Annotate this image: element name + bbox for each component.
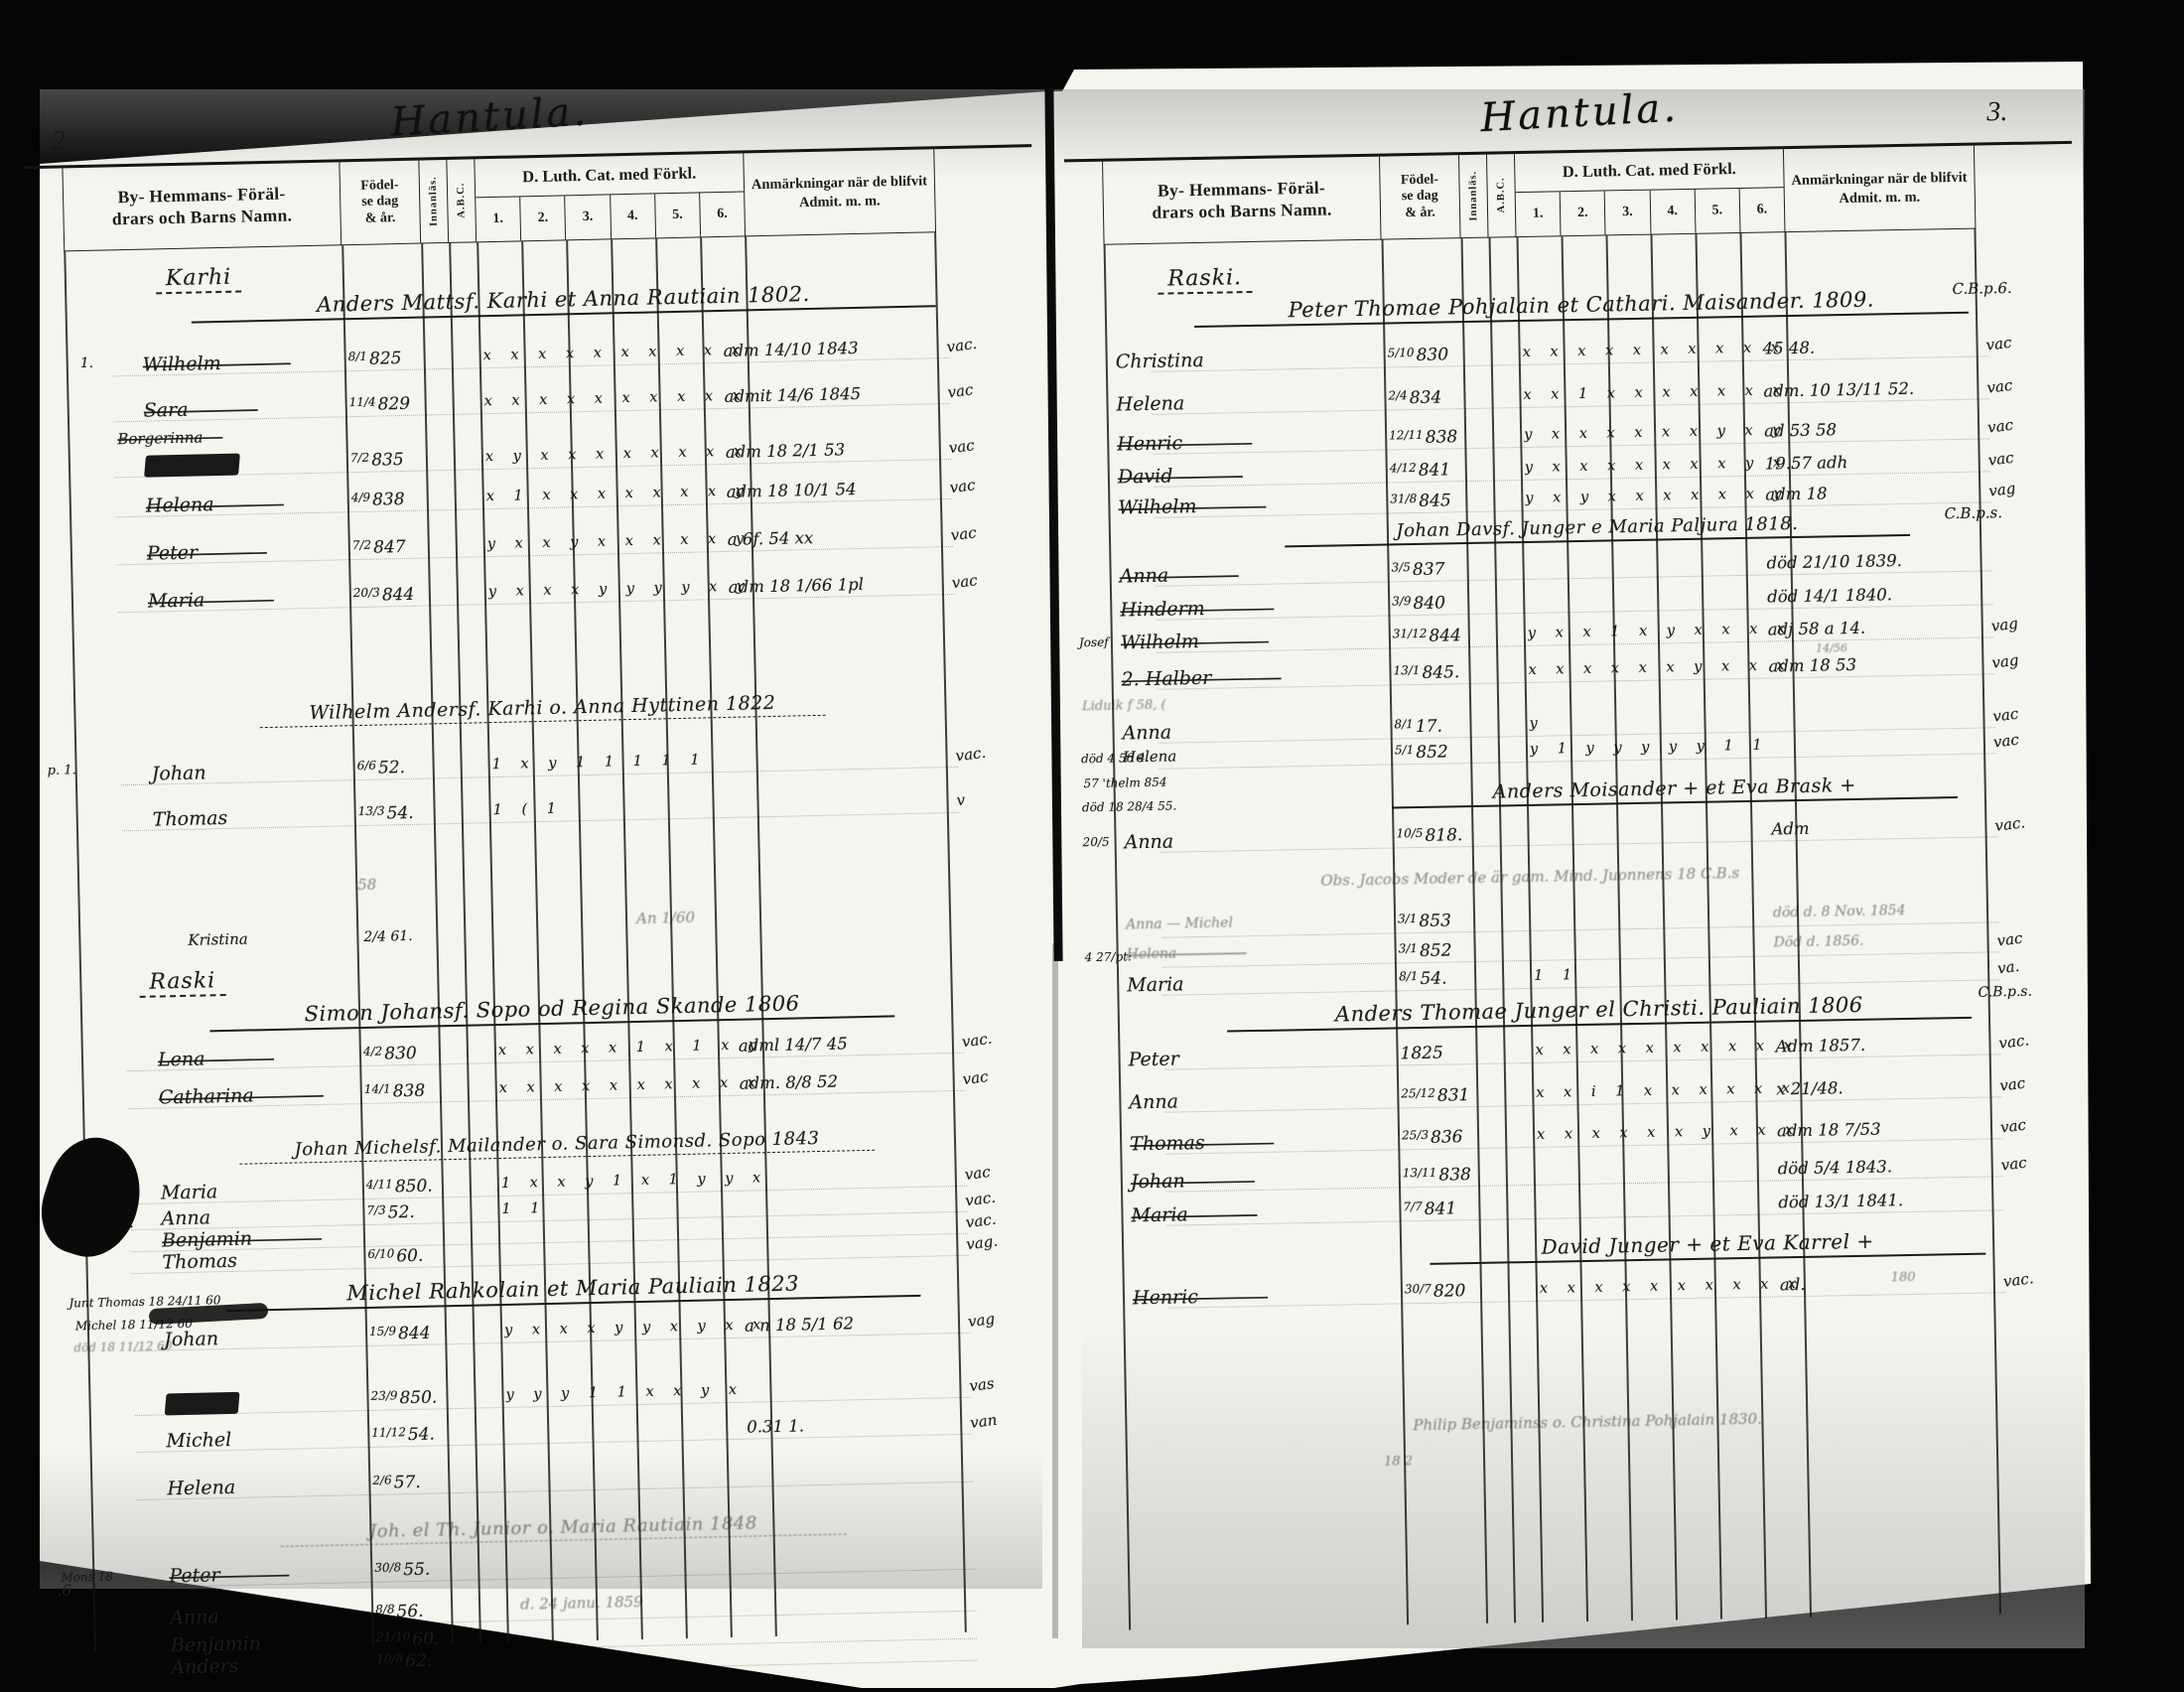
margin-note: An 1/60	[636, 909, 695, 927]
birth-date: 10/862.	[376, 1650, 471, 1672]
book-gutter-shadow	[1052, 943, 1058, 1638]
birth-day-month: 8/1	[1399, 969, 1419, 983]
edge-note: vag	[1990, 615, 2019, 635]
birth-day-month: 13/1	[1393, 663, 1420, 677]
edge-note: vac.	[946, 335, 979, 356]
edge-note: va.	[1996, 957, 2020, 978]
birth-date: 7/2847	[352, 536, 447, 558]
edge-note: vag	[967, 1310, 996, 1331]
birth-date: 31/8845	[1390, 491, 1484, 512]
birth-day-month: 30/8	[374, 1560, 401, 1575]
birth-day-month: 8/8	[375, 1602, 395, 1616]
birth-day-month: 8/1	[1394, 717, 1414, 731]
edge-note: vac.	[961, 1030, 994, 1052]
birth-date: 11/4829	[348, 393, 443, 415]
person-name: Anna	[161, 1206, 210, 1229]
birth-year: 844	[398, 1324, 431, 1344]
birth-date: 12/11838	[1389, 427, 1483, 449]
edge-note: vac.	[964, 1189, 997, 1210]
record-row: Thomas13/354.1 ( 1v	[39, 789, 1046, 839]
admission-remark: adm 18 10/1 54	[727, 480, 857, 501]
birth-day-month: 12/11	[1389, 428, 1424, 443]
birth-day-month: 10/5	[1396, 826, 1423, 840]
birth-day-month: 20/3	[353, 586, 380, 601]
edge-note: vag.	[965, 1232, 999, 1254]
record-row: Henric30/7820x x x x x x x x x x xad.vac…	[1085, 1270, 2093, 1317]
village-heading: Raski.	[1158, 265, 1252, 295]
scanned-parish-register: 2 Hantula. By- Hemmans- Föräl- drars och…	[0, 0, 2184, 1692]
birth-date: 7/352.	[366, 1201, 461, 1223]
birth-date: 10/5818.	[1396, 825, 1490, 847]
birth-year: 838	[1426, 427, 1458, 448]
margin-note: C.B.p.s.	[1945, 503, 2003, 522]
person-name: David	[1118, 464, 1243, 488]
birth-date: 30/855.	[374, 1559, 469, 1581]
person-name: Hinderm	[1120, 597, 1275, 622]
birth-day-month: 3/1	[1398, 941, 1418, 955]
village-heading: Raski	[139, 968, 225, 998]
admission-remark: Adm	[1771, 819, 1809, 839]
family-heading: Peter Thomae Pohjalain et Cathari. Maisa…	[1194, 286, 1969, 328]
birth-year: 820	[1433, 1281, 1466, 1302]
person-name: Thomas	[1130, 1131, 1275, 1156]
birth-year: 52.	[378, 758, 405, 778]
person-name: Johan	[152, 762, 206, 784]
family-heading: Johan Michelsf. Mailander o. Sara Simons…	[239, 1127, 875, 1165]
records-left: 1.KarhiAnders Mattsf. Karhi et Anna Raut…	[23, 78, 1064, 1664]
admission-remark: adml 14/7 45	[739, 1034, 848, 1055]
birth-date: 13/354.	[357, 802, 452, 824]
birth-year: 850.	[399, 1387, 437, 1408]
birth-year: 54.	[408, 1425, 435, 1446]
birth-year: 17.	[1416, 717, 1442, 737]
admission-remark: död 5/4 1843.	[1778, 1157, 1893, 1178]
person-margin-note: Josef	[1079, 635, 1109, 650]
birth-day-month: 7/2	[350, 451, 370, 465]
admission-remark: adm 18 7/53	[1777, 1120, 1881, 1141]
right-page: 3. Hantula. By- Hemmans- Föräl- drars oc…	[1063, 75, 2099, 1642]
birth-day-month: 6/6	[356, 759, 376, 773]
birth-date: 21/1060.	[376, 1628, 471, 1650]
record-row: Helena4/9838x 1 x x x x x x x y x x xadm…	[32, 476, 1039, 525]
birth-date: 4/9838	[351, 489, 446, 510]
left-page: 2 Hantula. By- Hemmans- Föräl- drars och…	[23, 78, 1064, 1664]
birth-year: 838	[393, 1081, 426, 1102]
birth-year: 60.	[412, 1628, 439, 1649]
birth-day-month: 4/12	[1390, 461, 1417, 475]
birth-year: 54.	[1420, 968, 1446, 988]
person-name: Anna	[1124, 831, 1173, 854]
admission-remark: Adm 1857.	[1775, 1036, 1865, 1057]
birth-date: 13/11838	[1403, 1165, 1497, 1187]
edge-note: vac	[2000, 1154, 2028, 1175]
edge-note: vac.	[955, 744, 988, 766]
admission-remark: död d. 8 Nov. 1854	[1773, 903, 1906, 920]
record-row: Johan6/652.1 x y 1 1 1 1 1vac.	[38, 744, 1045, 793]
birth-year: 838	[372, 490, 405, 510]
birth-day-month: 21/10	[376, 1629, 411, 1644]
birth-day-month: 6/10	[367, 1246, 394, 1261]
family-heading: Joh. el Th. Junior o. Maria Rautiain 184…	[280, 1511, 846, 1547]
birth-date: 5/1852	[1395, 742, 1489, 764]
birth-year: 57.	[393, 1473, 420, 1493]
birth-day-month: 4/2	[363, 1045, 383, 1058]
birth-year: 829	[377, 394, 410, 415]
birth-day-month: 11/4	[348, 395, 375, 410]
edge-note: van	[969, 1411, 998, 1432]
birth-day-month: 7/7	[1403, 1199, 1423, 1213]
edge-note: vas	[968, 1374, 995, 1395]
edge-note: vac	[1991, 705, 2019, 726]
birth-date: 3/9840	[1392, 593, 1486, 615]
edge-note: vac.	[2002, 1269, 2035, 1291]
birth-date: 30/7820	[1405, 1281, 1499, 1303]
birth-day-month: 3/9	[1392, 594, 1412, 608]
edge-note: vac	[950, 523, 978, 544]
person-name: Anna	[1129, 1090, 1178, 1113]
birth-day-month: 2/6	[372, 1473, 392, 1486]
admission-remark: adm 18 2/1 53	[726, 440, 846, 462]
birth-day-month: 7/2	[352, 538, 372, 552]
margin-note: Liduik f 58, (	[1082, 698, 1166, 715]
family-heading: Anders Moisander + et Eva Brask +	[1392, 773, 1958, 808]
birth-date: 20/3844	[353, 584, 448, 606]
birth-day-month: 5/1	[1395, 743, 1415, 757]
person-name: Catharina	[159, 1083, 324, 1109]
birth-year: 844	[1429, 626, 1461, 646]
edge-note: vac	[964, 1163, 992, 1184]
edge-note: vag	[1990, 651, 2019, 672]
admission-remark: adm 18 1/66 1pl	[729, 575, 865, 597]
person-name: Wilhelm	[1121, 630, 1269, 654]
birth-year: 850.	[395, 1177, 433, 1198]
record-row: Anna20/510/5818.Admvac.	[1076, 814, 2084, 861]
birth-date: 15/9844	[369, 1323, 464, 1344]
edge-note: vac.	[1993, 813, 2026, 835]
birth-day-month: 15/9	[369, 1324, 396, 1339]
margin-note: död 18 28/4 55.	[1082, 798, 1177, 814]
margin-note: 18 2	[1384, 1454, 1413, 1470]
family-heading: Wilhelm Andersf. Karhi o. Anna Hyttinen …	[259, 691, 825, 728]
record-row: Anna25/12831x x i 1 x x x x x x x xx 21/…	[1081, 1074, 2089, 1121]
birth-day-month: 3/1	[1398, 912, 1418, 925]
birth-year: 818.	[1425, 825, 1462, 846]
record-row: Peter1825x x x x x x x x x x x x xAdm 18…	[1080, 1032, 2088, 1078]
person-name: 2. Halber	[1121, 666, 1281, 691]
edge-note: vac	[1996, 929, 2024, 950]
birth-year: 55.	[403, 1560, 430, 1581]
record-row: Peter7/2847y x x y x x x x x y x y 1a 6f…	[33, 523, 1040, 573]
birth-year: 853	[1419, 911, 1451, 931]
birth-year: 837	[1413, 559, 1445, 580]
birth-date: 14/1838	[364, 1080, 459, 1102]
birth-day-month: 4/11	[366, 1177, 393, 1192]
birth-day-month: 8/1	[347, 350, 367, 363]
edge-note: vac	[948, 436, 976, 457]
birth-date: 13/1845.	[1393, 662, 1487, 684]
birth-day-month: 31/8	[1390, 492, 1417, 505]
birth-day-month: 4/9	[351, 491, 371, 504]
birth-year: 830	[384, 1044, 417, 1064]
birth-day-month: 25/12	[1401, 1086, 1435, 1101]
edge-note: vac	[1999, 1116, 2027, 1137]
birth-year: 836	[1431, 1127, 1463, 1148]
person-name: Benjamin	[171, 1632, 261, 1656]
birth-year: 52.	[388, 1202, 415, 1223]
birth-date: 31/12844	[1393, 626, 1487, 647]
birth-day-month: 25/3	[1402, 1128, 1429, 1142]
birth-year: 841	[1419, 460, 1451, 481]
edge-note: vac	[1985, 334, 2013, 354]
person-name: Johan	[164, 1328, 218, 1350]
person-name: Helena	[1116, 392, 1184, 415]
birth-day-month: 7/3	[366, 1203, 386, 1217]
edge-note: vac	[1992, 731, 2020, 752]
person-margin-note: död 4 56 4.	[1081, 751, 1150, 766]
birth-date: 2/657.	[372, 1472, 467, 1493]
record-row: Thomas25/3836x x x x x x y x x x x x xad…	[1082, 1116, 2090, 1163]
person-name: Lena	[158, 1047, 275, 1071]
birth-date: 2/4834	[1388, 387, 1482, 409]
birth-date: 6/1060.	[367, 1245, 462, 1267]
birth-day-month: 3/5	[1391, 560, 1411, 574]
person-name: Peter	[147, 540, 268, 565]
birth-date: 8/1825	[347, 348, 442, 369]
person-name: Martha	[144, 454, 240, 478]
person-margin-note: 4 27/pt:	[1085, 949, 1133, 964]
margin-note: Obs. Jacobs Moder de är gam. Mind. Juonn…	[1320, 864, 1739, 890]
birth-year: 831	[1437, 1085, 1470, 1106]
admission-remark: a 6f. 54 xx	[728, 528, 814, 549]
birth-date: 5/10830	[1388, 345, 1482, 366]
birth-date: 7/7841	[1403, 1198, 1497, 1220]
edge-note: vac	[1986, 416, 2014, 437]
admission-remark: ad.	[1780, 1275, 1806, 1294]
margin-note: 58	[357, 876, 376, 894]
birth-year: 830	[1416, 345, 1448, 365]
edge-note: vac.	[1997, 1031, 2030, 1053]
birth-day-month: 13/11	[1403, 1166, 1437, 1181]
person-name: Anders	[171, 1655, 239, 1678]
admission-remark: x 21/48.	[1776, 1078, 1843, 1098]
margin-note: 14/56	[1816, 641, 1847, 655]
person-name: Henric	[1117, 431, 1252, 455]
margin-note: C.B.p.6.	[1952, 279, 2012, 298]
birth-day-month: 13/3	[357, 803, 384, 818]
birth-date: 6/652.	[356, 757, 451, 778]
birth-day-month: 2/4	[1388, 388, 1408, 402]
person-name: Peter	[169, 1563, 290, 1588]
person-name: Johan	[1131, 1169, 1255, 1193]
admission-remark: död 13/1 1841.	[1778, 1191, 1903, 1211]
person-name: Maria	[1127, 973, 1184, 996]
edge-note: vac	[1987, 449, 2015, 470]
person-name: Helena	[167, 1477, 235, 1499]
person-name: Wilhelm	[1118, 494, 1266, 519]
record-row: Helena2/4834x x 1 x x x x x x x x x .adm…	[1068, 376, 2076, 423]
birth-date: 4/12841	[1390, 460, 1484, 482]
birth-year: 845.	[1422, 662, 1459, 683]
birth-date: 3/5837	[1391, 559, 1485, 581]
margin-note: 180	[1891, 1270, 1916, 1285]
birth-year: 62.	[405, 1651, 432, 1672]
birth-date: 8/154.	[1399, 968, 1493, 990]
edge-note: vac.	[965, 1210, 998, 1232]
person-name: Helena	[1127, 944, 1247, 962]
margin-note: Borgerinna	[117, 428, 222, 448]
person-name: Thomas	[153, 807, 228, 831]
birth-date: 1825	[1400, 1043, 1494, 1064]
family-heading: David Junger + et Eva Karrel +	[1430, 1227, 1985, 1265]
record-row: Wilhelm8/1825x x x x x x x x x x x x xad…	[29, 335, 1036, 384]
birth-year: 60.	[396, 1246, 423, 1267]
admission-remark: 45 48.	[1762, 339, 1815, 358]
person-name: Wilhelm	[143, 351, 291, 375]
birth-year: 845	[1419, 491, 1451, 511]
admission-remark: adm 18	[1765, 484, 1828, 503]
admission-remark: död 14/1 1840.	[1767, 585, 1892, 606]
admission-remark: adm. 8/8 52	[740, 1072, 839, 1093]
admission-remark: ad 53 58	[1764, 420, 1837, 440]
birth-day-month: 10/8	[376, 1651, 403, 1666]
margin-note: 2/4 61.	[363, 928, 413, 945]
admission-remark: a n 18 5/1 62	[745, 1314, 854, 1335]
birth-date: 25/12831	[1401, 1085, 1495, 1107]
record-row: PeterMons 1830/855.	[55, 1546, 1062, 1596]
family-heading: Simon Johansf. Sopo od Regina Skande 180…	[209, 989, 894, 1032]
person-margin-note: 20/5	[1082, 835, 1109, 849]
margin-note: .6	[57, 1582, 71, 1600]
edge-note: vac	[949, 476, 977, 496]
birth-date: 8/117.	[1394, 716, 1488, 738]
birth-date: 23/9850.	[370, 1387, 465, 1409]
birth-year: 852	[1416, 742, 1448, 763]
birth-date: 3/1853	[1398, 911, 1492, 932]
birth-date: 4/11850.	[366, 1176, 461, 1198]
birth-date: 7/2835	[350, 449, 445, 471]
margin-note: Kristina	[188, 930, 248, 949]
person-name: Peter	[1128, 1048, 1179, 1070]
birth-date: 4/2830	[363, 1043, 458, 1064]
birth-date: 11/1254.	[371, 1424, 466, 1446]
person-name: Christina	[1116, 350, 1204, 373]
person-name: Anna	[1122, 722, 1171, 745]
birth-year: 838	[1438, 1165, 1471, 1186]
edge-note: vac	[1985, 376, 2013, 397]
birth-year: 840	[1413, 593, 1445, 614]
admission-remark: adj 58 a 14.	[1768, 619, 1866, 639]
edge-note: vac	[947, 380, 975, 401]
admission-remark: adm. 10 13/11 52.	[1763, 379, 1914, 401]
birth-year: 825	[369, 349, 402, 369]
admission-remark: adm 18 53	[1768, 655, 1856, 676]
birth-day-month: 30/7	[1405, 1282, 1432, 1296]
person-name: Anna	[170, 1606, 219, 1628]
person-name: Anna	[1120, 563, 1239, 587]
person-name: Henric	[1133, 1285, 1268, 1309]
birth-year: 844	[382, 585, 415, 606]
birth-year: 847	[373, 537, 406, 558]
margin-note: 57 'thelm 854	[1083, 775, 1166, 791]
person-name: Helena	[146, 493, 284, 517]
edge-note: vac	[962, 1067, 990, 1088]
birth-year: 56.	[396, 1602, 423, 1622]
family-heading: Anders Mattsf. Karhi et Anna Rautiain 18…	[191, 279, 935, 323]
admission-remark: Död d. 1856.	[1773, 933, 1863, 951]
record-row: Sara11/4829x x x x x x x x x x x y xadmi…	[30, 380, 1037, 430]
person-name: Maria	[161, 1181, 218, 1203]
admission-remark: 0.31 1.	[747, 1416, 804, 1436]
admission-remark: död 21/10 1839.	[1766, 551, 1902, 572]
record-row: 2. Halber13/1845.x x x x x x y x x x x x…	[1073, 651, 2081, 698]
person-name: Anna — Michel	[1126, 915, 1233, 932]
edge-note: vac	[951, 571, 979, 592]
record-row: Maria20/3844y x x x y y y y x y x x xadm…	[34, 571, 1041, 621]
birth-year: 841	[1425, 1198, 1457, 1219]
village-heading: Karhi	[156, 264, 242, 294]
birth-year: 852	[1420, 940, 1452, 961]
birth-year: 54.	[386, 803, 413, 824]
margin-note: Philip Benjaminss o. Christina Pohjalain…	[1413, 1410, 1762, 1434]
edge-note: v	[955, 790, 966, 809]
edge-note: vac	[1998, 1074, 2026, 1095]
person-name: Maria	[148, 588, 275, 613]
birth-day-month: 14/1	[364, 1081, 391, 1096]
birth-day-month: 11/12	[371, 1425, 406, 1440]
person-name: Thomas	[162, 1250, 237, 1274]
birth-day-month: 5/10	[1388, 346, 1415, 359]
person-name: Sara	[144, 397, 258, 421]
birth-day-month: 31/12	[1393, 627, 1428, 641]
person-name: Michel	[166, 1429, 231, 1452]
admission-remark: 19.57 adh	[1765, 453, 1848, 474]
record-row: Helena2/657.	[53, 1459, 1060, 1508]
birth-year: 834	[1410, 387, 1442, 408]
person-name: Maria	[1131, 1202, 1258, 1226]
admission-remark: admit 14/6 1845	[724, 384, 861, 406]
birth-date: 25/3836	[1402, 1127, 1496, 1149]
person-name: Anna	[165, 1392, 239, 1416]
admission-remark: adm 14/10 1843	[723, 339, 858, 360]
record-row: Christina5/10830x x x x x x x x x x45 48…	[1068, 334, 2076, 380]
edge-note: vag	[1987, 480, 2016, 500]
birth-day-month: 23/9	[370, 1388, 397, 1403]
margin-note: C.B.p.s.	[1978, 984, 2032, 1001]
birth-date: 8/856.	[375, 1601, 470, 1622]
birth-year: 835	[371, 450, 404, 471]
records-right: Raski.Peter Thomae Pohjalain et Cathari.…	[1063, 75, 2099, 1642]
birth-date: 3/1852	[1398, 940, 1492, 962]
